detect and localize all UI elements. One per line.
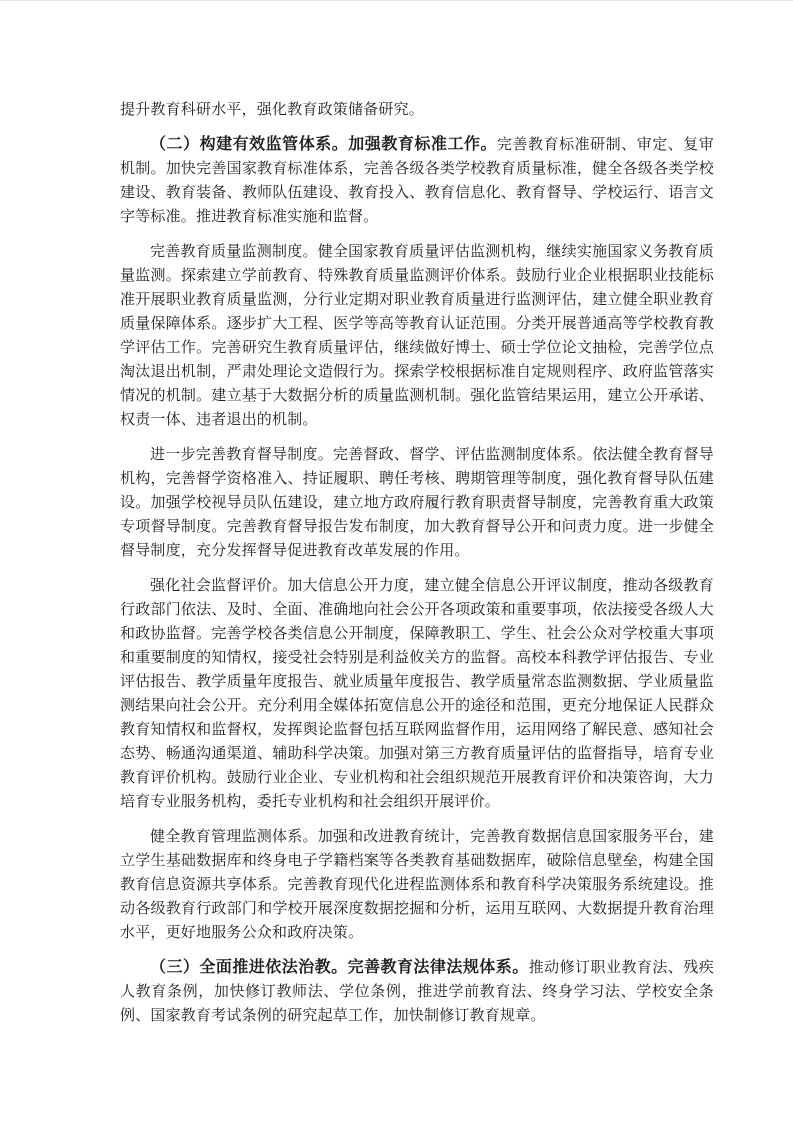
page-top-edge	[0, 0, 793, 1]
section-heading-3: （三）全面推进依法治教。完善教育法律法规体系。	[150, 959, 529, 976]
paragraph-text: 健全教育管理监测体系。加强和改进教育统计，完善教育数据信息国家服务平台，建立学生…	[120, 829, 714, 941]
paragraph-section-2: （二）构建有效监管体系。加强教育标准工作。完善教育标准研制、审定、复审机制。加快…	[120, 133, 714, 229]
paragraph-social-oversight: 强化社会监督评价。加大信息公开力度，建立健全信息公开评议制度，推动各级教育行政部…	[120, 574, 714, 814]
document-page: 提升教育科研水平，强化教育政策储备研究。 （二）构建有效监管体系。加强教育标准工…	[0, 0, 793, 1122]
section-heading-2: （二）构建有效监管体系。加强教育标准工作。	[150, 136, 497, 153]
paragraph-continuation: 提升教育科研水平，强化教育政策储备研究。	[120, 98, 714, 122]
paragraph-text: 进一步完善教育督导制度。完善督政、督学、评估监测制度体系。依法健全教育督导机构，…	[120, 447, 714, 559]
paragraph-text: 提升教育科研水平，强化教育政策储备研究。	[120, 102, 424, 118]
paragraph-text: 完善教育质量监测制度。健全国家教育质量评估监测机构，继续实施国家义务教育质量监测…	[120, 244, 714, 428]
document-body: 提升教育科研水平，强化教育政策储备研究。 （二）构建有效监管体系。加强教育标准工…	[120, 98, 714, 1028]
paragraph-quality-monitoring: 完善教育质量监测制度。健全国家教育质量评估监测机构，继续实施国家义务教育质量监测…	[120, 240, 714, 432]
paragraph-management-monitoring: 健全教育管理监测体系。加强和改进教育统计，完善教育数据信息国家服务平台，建立学生…	[120, 825, 714, 945]
paragraph-text: 强化社会监督评价。加大信息公开力度，建立健全信息公开评议制度，推动各级教育行政部…	[120, 578, 714, 810]
paragraph-supervision-system: 进一步完善教育督导制度。完善督政、督学、评估监测制度体系。依法健全教育督导机构，…	[120, 443, 714, 563]
paragraph-section-3: （三）全面推进依法治教。完善教育法律法规体系。推动修订职业教育法、残疾人教育条例…	[120, 956, 714, 1028]
